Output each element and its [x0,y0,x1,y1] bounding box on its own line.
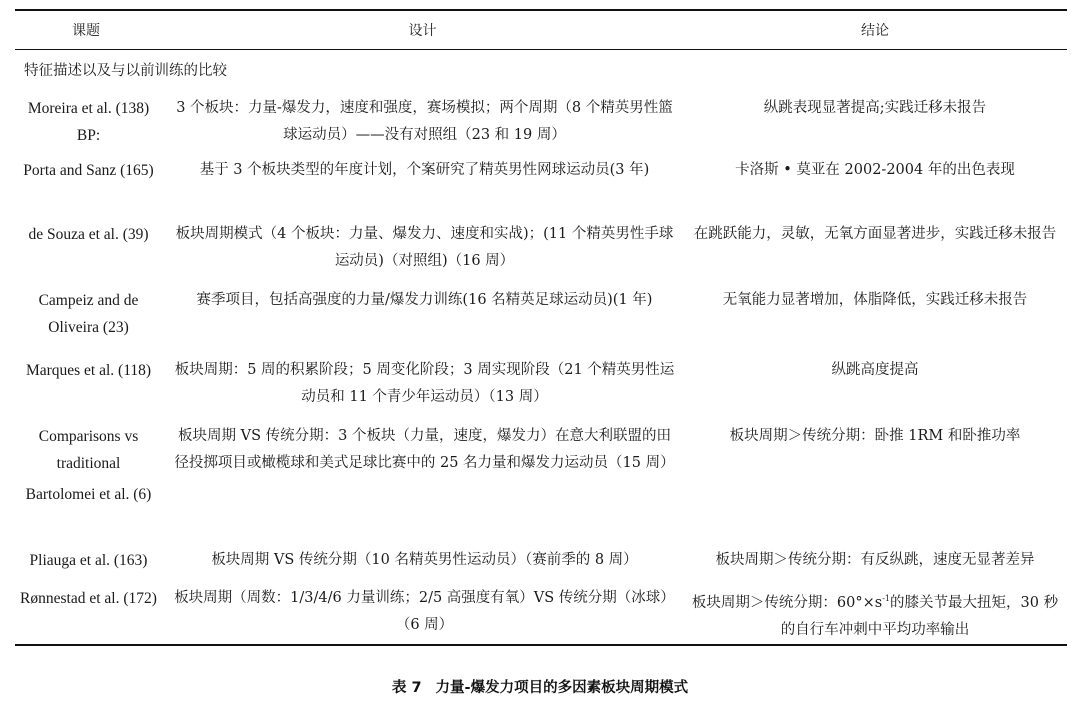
periodization-table: 课题 设计 结论 特征描述以及与以前训练的比较 Moreira et al. (… [15,9,1067,646]
caption-title: 力量-爆发力项目的多因素板块周期模式 [436,680,689,696]
study-cell: Marques et al. (118) [15,357,162,423]
section-label: 特征描述以及与以前训练的比较 [15,50,1067,96]
design-cell: 板块周期：5 周的积累阶段；5 周变化阶段；3 周实现阶段（21 个精英男性运动… [162,357,683,423]
conclusion-cell: 板块周期＞传统分期：卧推 1RM 和卧推功率 [683,423,1067,547]
conclusion-cell: 纵跳高度提高 [683,357,1067,423]
conclusion-cell: 在跳跃能力，灵敏，无氧方面显著进步，实践迁移未报告 [683,221,1067,287]
conclusion-cell: 卡洛斯 • 莫亚在 2002-2004 年的出色表现 [683,157,1067,221]
table-header: 课题 设计 结论 [15,10,1067,50]
conclusion-cell: 板块周期＞传统分期：有反纵跳，速度无显著差异 [683,547,1067,585]
table-row: Campeiz and de Oliveira (23) 赛季项目，包括高强度的… [15,287,1067,357]
study-cell: Pliauga et al. (163) [15,547,162,585]
conclusion-cell: 板块周期＞传统分期：60°×s-1的膝关节最大扭矩，30 秒的自行车冲刺中平均功… [683,585,1067,645]
design-cell: 赛季项目，包括高强度的力量/爆发力训练(16 名精英足球运动员)(1 年) [162,287,683,357]
design-cell: 基于 3 个板块类型的年度计划，个案研究了精英男性网球运动员(3 年) [162,157,683,221]
conclusion-cell: 纵跳表现显著提高;实践迁移未报告 [683,95,1067,157]
study-cell: Comparisons vs traditional Bartolomei et… [15,423,162,547]
study-cell: Porta and Sanz (165) [15,157,162,221]
header-design: 设计 [162,10,683,50]
table-row: Pliauga et al. (163) 板块周期 VS 传统分期（10 名精英… [15,547,1067,585]
table-row: de Souza et al. (39) 板块周期模式（4 个板块：力量、爆发力… [15,221,1067,287]
subsection-label: Comparisons vs traditional [15,423,162,477]
exponent: -1 [882,594,890,603]
design-cell: 3 个板块：力量-爆发力，速度和强度，赛场模拟；两个周期（8 个精英男性篮球运动… [162,95,683,157]
design-cell: 板块周期（周数：1/3/4/6 力量训练；2/5 高强度有氧）VS 传统分期（冰… [162,585,683,645]
caption-number: 表 7 [392,680,422,696]
study-cell: Rønnestad et al. (172) [15,585,162,645]
table-row: Moreira et al. (138) BP: 3 个板块：力量-爆发力，速度… [15,95,1067,157]
study-cell: Moreira et al. (138) BP: [15,95,162,157]
conclusion-cell: 无氧能力显著增加，体脂降低，实践迁移未报告 [683,287,1067,357]
header-conclusion: 结论 [683,10,1067,50]
header-study: 课题 [15,10,162,50]
table-row: Rønnestad et al. (172) 板块周期（周数：1/3/4/6 力… [15,585,1067,645]
study-cell: de Souza et al. (39) [15,221,162,287]
study-cell: Campeiz and de Oliveira (23) [15,287,162,357]
design-cell: 板块周期模式（4 个板块：力量、爆发力、速度和实战)；(11 个精英男性手球运动… [162,221,683,287]
table-row: Comparisons vs traditional Bartolomei et… [15,423,1067,547]
table-row: Marques et al. (118) 板块周期：5 周的积累阶段；5 周变化… [15,357,1067,423]
table-caption: 表 7力量-爆发力项目的多因素板块周期模式 [0,676,1080,697]
conclusion-text-pre: 板块周期＞传统分期：60°×s [692,595,882,611]
design-cell: 板块周期 VS 传统分期（10 名精英男性运动员）（赛前季的 8 周） [162,547,683,585]
study-name: Bartolomei et al. (6) [15,481,162,508]
design-cell: 板块周期 VS 传统分期：3 个板块（力量，速度，爆发力）在意大利联盟的田径投掷… [162,423,683,547]
section-row: 特征描述以及与以前训练的比较 [15,50,1067,96]
table-row: Porta and Sanz (165) 基于 3 个板块类型的年度计划，个案研… [15,157,1067,221]
data-table-container: 课题 设计 结论 特征描述以及与以前训练的比较 Moreira et al. (… [15,9,1067,646]
